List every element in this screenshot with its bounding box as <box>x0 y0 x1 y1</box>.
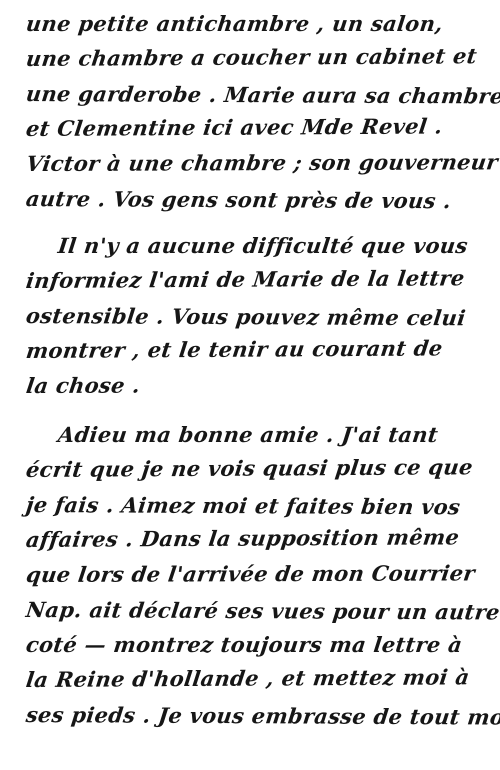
letter-line: la Reine d'hollande , et mettez moi à <box>24 659 499 697</box>
letter-line: écrit que je ne vois quasi plus ce que <box>24 449 499 487</box>
letter-paragraph-rooms: une petite antichambre , un salon, une c… <box>24 6 494 216</box>
letter-line: Il n'y a aucune difficulté que vous <box>24 228 498 263</box>
letter-line: Adieu ma bonne amie . J'ai tant <box>24 417 498 452</box>
letter-line: Nap. ait déclaré ses vues pour un autre <box>24 592 498 629</box>
letter-line: une petite antichambre , un salon, <box>24 6 498 41</box>
letter-paragraph-lettre-ostensible: Il n'y a aucune difficulté que vous info… <box>24 228 494 403</box>
letter-line: autre . Vos gens sont près de vous . <box>24 181 498 218</box>
letter-line: coté — montrez toujours ma lettre à <box>24 627 498 662</box>
letter-line: ses pieds . Je vous embrasse de tout mon… <box>24 697 498 734</box>
letter-line: une chambre a coucher un cabinet et <box>24 38 499 76</box>
letter-line: montrer , et le tenir au courant de <box>24 330 499 368</box>
letter-line: informiez l'ami de Marie de la lettre <box>24 260 499 298</box>
letter-line: Victor à une chambre ; son gouverneur un… <box>24 144 499 181</box>
letter-line: et Clementine ici avec Mde Revel . <box>24 108 499 146</box>
letter-line: affaires . Dans la supposition même <box>24 519 499 557</box>
letter-paragraph-adieu: Adieu ma bonne amie . J'ai tant écrit qu… <box>24 417 494 732</box>
letter-page: une petite antichambre , un salon, une c… <box>0 0 500 770</box>
letter-line: la chose . <box>24 366 499 403</box>
letter-line: que lors de l'arrivée de mon Courrier <box>24 555 499 592</box>
